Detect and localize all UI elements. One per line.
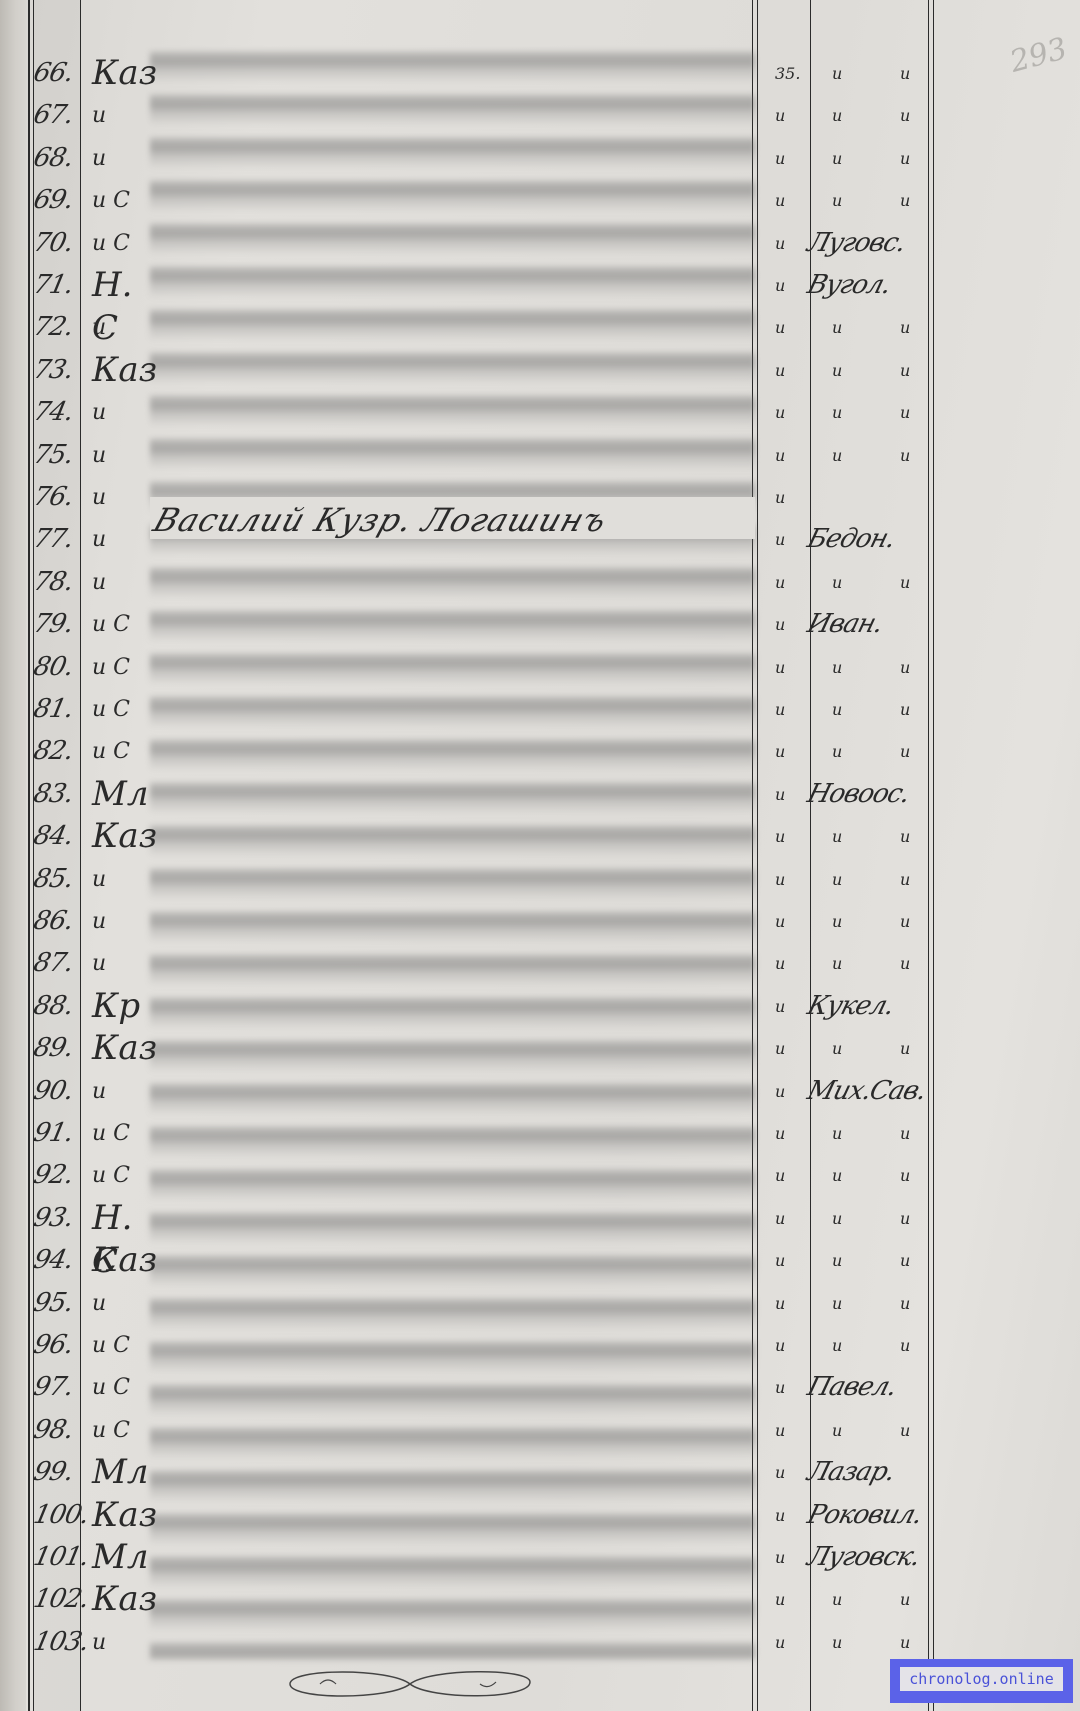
- entry-age: и: [775, 476, 810, 519]
- entry-status: и: [92, 476, 152, 519]
- entry-status: и С: [92, 179, 152, 222]
- entry-signature: Кукел.: [802, 985, 954, 1028]
- table-row: 77.ииБедон.: [0, 518, 1080, 561]
- entry-ditto-2: и: [832, 1621, 872, 1664]
- entry-number: 79.: [29, 603, 84, 646]
- entry-number: 99.: [29, 1451, 84, 1494]
- table-row: 73.Казиии: [0, 349, 1080, 392]
- entry-number: 76.: [29, 476, 84, 519]
- table-row: 84.Казиии: [0, 815, 1080, 858]
- entry-status: Каз: [92, 815, 152, 858]
- entry-number: 77.: [29, 518, 84, 561]
- entry-number: 69.: [29, 179, 84, 222]
- table-row: 71.Н. СиВугол.: [0, 264, 1080, 307]
- entry-number: 84.: [29, 815, 84, 858]
- entry-age: и: [775, 815, 810, 858]
- table-row: 80.и Сиии: [0, 646, 1080, 689]
- table-row: 92.и Сиии: [0, 1154, 1080, 1197]
- entry-number: 73.: [29, 349, 84, 392]
- entry-number: 98.: [29, 1409, 84, 1452]
- entry-number: 97.: [29, 1366, 84, 1409]
- entry-age: и: [775, 349, 810, 392]
- entry-number: 91.: [29, 1112, 84, 1155]
- table-row: 95.ииии: [0, 1282, 1080, 1325]
- entry-number: 90.: [29, 1070, 84, 1113]
- table-row: 90.ииМих.Сав.: [0, 1070, 1080, 1113]
- entry-age: и: [775, 1621, 810, 1664]
- entry-age: и: [775, 730, 810, 773]
- entry-status: и С: [92, 730, 152, 773]
- table-row: 81.и Сиии: [0, 688, 1080, 731]
- entry-status: и: [92, 518, 152, 561]
- entry-ditto-3: и: [900, 646, 930, 689]
- table-row: 91.и Сиии: [0, 1112, 1080, 1155]
- entry-status: и С: [92, 1154, 152, 1197]
- entry-ditto-2: и: [832, 1239, 872, 1282]
- entry-ditto-3: и: [900, 391, 930, 434]
- table-row: 83.МлиНовоос.: [0, 773, 1080, 816]
- entry-age: и: [775, 94, 810, 137]
- entry-ditto-2: и: [832, 1409, 872, 1452]
- table-row: 89.Казиии: [0, 1027, 1080, 1070]
- entry-ditto-3: и: [900, 52, 930, 95]
- table-row: 94.Казиии: [0, 1239, 1080, 1282]
- entry-ditto-3: и: [900, 561, 930, 604]
- entry-status: Каз: [92, 1239, 152, 1282]
- entry-ditto-3: и: [900, 137, 930, 180]
- entry-status: и: [92, 1621, 152, 1664]
- entry-status: и С: [92, 1112, 152, 1155]
- table-row: 85.ииии: [0, 858, 1080, 901]
- entry-number: 93.: [29, 1197, 84, 1240]
- entry-ditto-2: и: [832, 942, 872, 985]
- entry-age: и: [775, 1112, 810, 1155]
- table-row: 86.ииии: [0, 900, 1080, 943]
- table-row: 82.и Сиии: [0, 730, 1080, 773]
- entry-status: и: [92, 900, 152, 943]
- table-row: 74.ииии: [0, 391, 1080, 434]
- entry-ditto-3: и: [900, 179, 930, 222]
- entry-age: и: [775, 1154, 810, 1197]
- entry-signature: Лазар.: [802, 1451, 954, 1494]
- entry-status: Каз: [92, 1578, 152, 1621]
- entry-age: и: [775, 858, 810, 901]
- entry-number: 103.: [29, 1621, 84, 1664]
- entry-number: 101.: [29, 1536, 84, 1579]
- entry-ditto-2: и: [832, 815, 872, 858]
- entry-age: и: [775, 434, 810, 477]
- entry-status: Н. С: [92, 1197, 152, 1240]
- entry-status: и С: [92, 603, 152, 646]
- entry-number: 80.: [29, 646, 84, 689]
- entry-age: и: [775, 942, 810, 985]
- entry-number: 85.: [29, 858, 84, 901]
- table-row: 102.Казиии: [0, 1578, 1080, 1621]
- table-row: 68.ииии: [0, 137, 1080, 180]
- entry-ditto-3: и: [900, 1027, 930, 1070]
- entry-number: 88.: [29, 985, 84, 1028]
- entry-ditto-3: и: [900, 858, 930, 901]
- entry-age: и: [775, 900, 810, 943]
- entry-ditto-3: и: [900, 1112, 930, 1155]
- entry-status: и: [92, 137, 152, 180]
- entry-ditto-2: и: [832, 1324, 872, 1367]
- watermark-text: chronolog.online: [900, 1667, 1063, 1691]
- entry-status: и: [92, 306, 152, 349]
- entry-ditto-3: и: [900, 1621, 930, 1664]
- entry-status: и: [92, 942, 152, 985]
- entry-number: 81.: [29, 688, 84, 731]
- entry-ditto-3: и: [900, 1578, 930, 1621]
- entry-status: и: [92, 94, 152, 137]
- entry-status: Каз: [92, 1027, 152, 1070]
- entry-age: и: [775, 688, 810, 731]
- entry-ditto-3: и: [900, 688, 930, 731]
- entry-ditto-2: и: [832, 179, 872, 222]
- entry-age: и: [775, 391, 810, 434]
- entry-signature: Иван.: [802, 603, 954, 646]
- table-row: 97.и СиПавел.: [0, 1366, 1080, 1409]
- entry-number: 78.: [29, 561, 84, 604]
- entry-ditto-2: и: [832, 646, 872, 689]
- entry-status: Каз: [92, 349, 152, 392]
- entry-number: 100.: [29, 1494, 84, 1537]
- entry-signature: Мих.Сав.: [802, 1070, 954, 1113]
- table-row: 96.и Сиии: [0, 1324, 1080, 1367]
- table-row: 101.МлиЛуговск.: [0, 1536, 1080, 1579]
- entry-ditto-2: и: [832, 858, 872, 901]
- entry-number: 67.: [29, 94, 84, 137]
- entry-status: Мл: [92, 1451, 152, 1494]
- entry-ditto-2: и: [832, 688, 872, 731]
- entry-age: и: [775, 1578, 810, 1621]
- entry-number: 75.: [29, 434, 84, 477]
- table-row: 99.МлиЛазар.: [0, 1451, 1080, 1494]
- entry-ditto-3: и: [900, 1239, 930, 1282]
- entry-ditto-2: и: [832, 1154, 872, 1197]
- entry-ditto-3: и: [900, 306, 930, 349]
- entry-status: и С: [92, 1324, 152, 1367]
- entry-number: 94.: [29, 1239, 84, 1282]
- entry-status: и: [92, 391, 152, 434]
- entry-ditto-2: и: [832, 137, 872, 180]
- entry-signature: Бедон.: [802, 518, 954, 561]
- entry-status: и С: [92, 1366, 152, 1409]
- entry-ditto-2: [832, 476, 872, 519]
- entry-ditto-2: и: [832, 349, 872, 392]
- entry-age: и: [775, 137, 810, 180]
- entry-ditto-3: и: [900, 1409, 930, 1452]
- entry-number: 89.: [29, 1027, 84, 1070]
- entry-status: и: [92, 858, 152, 901]
- table-row: 88.КриКукел.: [0, 985, 1080, 1028]
- entry-number: 82.: [29, 730, 84, 773]
- table-row: 76.ии: [0, 476, 1080, 519]
- entry-status: и С: [92, 222, 152, 265]
- table-row: 67.ииии: [0, 94, 1080, 137]
- watermark-badge: chronolog.online: [890, 1659, 1073, 1703]
- entry-signature: Луговс.: [802, 222, 954, 265]
- entry-status: и: [92, 561, 152, 604]
- entry-status: и: [92, 1070, 152, 1113]
- entry-ditto-2: и: [832, 434, 872, 477]
- entry-age: и: [775, 1239, 810, 1282]
- entry-ditto-2: и: [832, 1197, 872, 1240]
- entry-number: 70.: [29, 222, 84, 265]
- entry-signature: Новоос.: [802, 773, 954, 816]
- entry-ditto-3: и: [900, 1154, 930, 1197]
- entry-age: 35.: [775, 52, 810, 95]
- entry-status: и: [92, 434, 152, 477]
- entry-number: 102.: [29, 1578, 84, 1621]
- entry-signature: Вугол.: [802, 264, 954, 307]
- entry-ditto-2: и: [832, 94, 872, 137]
- entry-ditto-3: и: [900, 349, 930, 392]
- entry-number: 96.: [29, 1324, 84, 1367]
- entry-number: 71.: [29, 264, 84, 307]
- entry-number: 72.: [29, 306, 84, 349]
- entry-age: и: [775, 561, 810, 604]
- entry-ditto-2: и: [832, 730, 872, 773]
- entry-status: и: [92, 1282, 152, 1325]
- entry-age: и: [775, 1282, 810, 1325]
- entry-status: Мл: [92, 1536, 152, 1579]
- entry-status: и С: [92, 646, 152, 689]
- entry-ditto-3: и: [900, 730, 930, 773]
- entry-status: Кр: [92, 985, 152, 1028]
- entry-ditto-3: и: [900, 1197, 930, 1240]
- entry-number: 68.: [29, 137, 84, 180]
- entry-status: и С: [92, 1409, 152, 1452]
- table-row: 103.ииии: [0, 1621, 1080, 1664]
- entry-number: 74.: [29, 391, 84, 434]
- entry-ditto-2: и: [832, 1578, 872, 1621]
- table-row: 72.ииии: [0, 306, 1080, 349]
- table-row: 75.ииии: [0, 434, 1080, 477]
- entry-status: Мл: [92, 773, 152, 816]
- entry-ditto-3: и: [900, 900, 930, 943]
- entry-ditto-3: и: [900, 1282, 930, 1325]
- entry-number: 83.: [29, 773, 84, 816]
- entry-ditto-2: и: [832, 1027, 872, 1070]
- entry-age: и: [775, 1409, 810, 1452]
- table-row: 70.и СиЛуговс.: [0, 222, 1080, 265]
- entry-ditto-2: и: [832, 561, 872, 604]
- entry-ditto-3: и: [900, 434, 930, 477]
- entry-number: 87.: [29, 942, 84, 985]
- entry-ditto-2: и: [832, 391, 872, 434]
- entry-ditto-3: и: [900, 1324, 930, 1367]
- entry-number: 86.: [29, 900, 84, 943]
- entry-age: и: [775, 306, 810, 349]
- entry-age: и: [775, 1027, 810, 1070]
- entry-status: и С: [92, 688, 152, 731]
- table-row: 66.Каз35.ии: [0, 52, 1080, 95]
- entry-number: 66.: [29, 52, 84, 95]
- table-row: 69.и Сиии: [0, 179, 1080, 222]
- end-flourish-icon: [280, 1660, 540, 1700]
- entry-age: и: [775, 1197, 810, 1240]
- entry-signature: Луговск.: [802, 1536, 954, 1579]
- entry-ditto-2: и: [832, 900, 872, 943]
- entry-ditto-2: и: [832, 306, 872, 349]
- entry-number: 95.: [29, 1282, 84, 1325]
- entry-age: и: [775, 1324, 810, 1367]
- table-row: 93.Н. Сиии: [0, 1197, 1080, 1240]
- entry-ditto-3: и: [900, 94, 930, 137]
- table-row: 98.и Сиии: [0, 1409, 1080, 1452]
- table-row: 79.и СиИван.: [0, 603, 1080, 646]
- entry-number: 92.: [29, 1154, 84, 1197]
- entry-signature: Роковил.: [802, 1494, 954, 1537]
- entry-ditto-2: и: [832, 52, 872, 95]
- table-row: 78.ииии: [0, 561, 1080, 604]
- entry-status: Каз: [92, 1494, 152, 1537]
- entry-ditto-3: и: [900, 942, 930, 985]
- entry-status: Н. С: [92, 264, 152, 307]
- entry-ditto-2: и: [832, 1282, 872, 1325]
- entry-status: Каз: [92, 52, 152, 95]
- entry-ditto-3: и: [900, 815, 930, 858]
- entry-ditto-3: [900, 476, 930, 519]
- table-row: 100.КазиРоковил.: [0, 1494, 1080, 1537]
- entry-signature: Павел.: [802, 1366, 954, 1409]
- entry-age: и: [775, 179, 810, 222]
- register-page: Василий Кузр. Логашинъ 293 66.Каз35.ии67…: [0, 0, 1080, 1711]
- entry-ditto-2: и: [832, 1112, 872, 1155]
- entry-age: и: [775, 646, 810, 689]
- table-row: 87.ииии: [0, 942, 1080, 985]
